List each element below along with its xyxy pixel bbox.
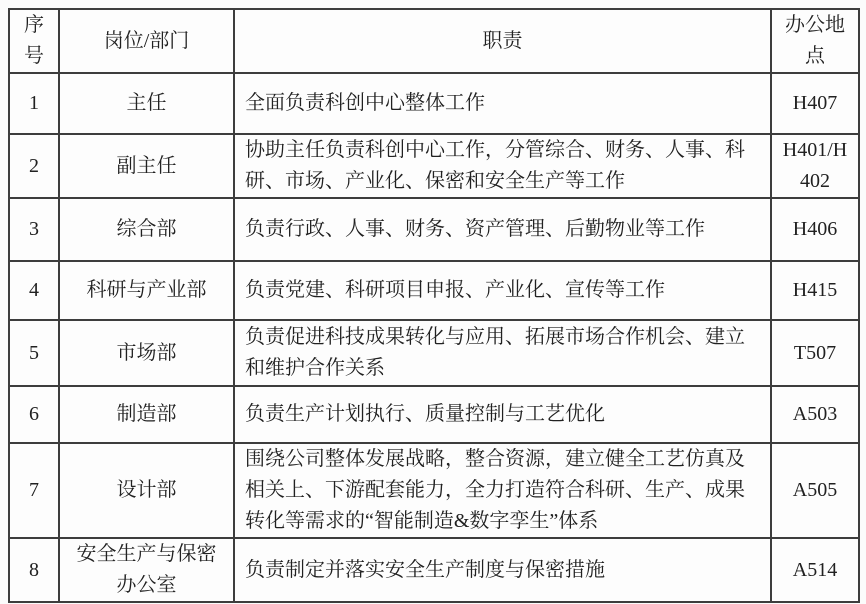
cell-office-location: H415 <box>771 261 859 320</box>
cell-serial-number: 4 <box>9 261 59 320</box>
table-row: 7 设计部 围绕公司整体发展战略，整合资源，建立健全工艺仿真及相关上、下游配套能… <box>9 443 859 538</box>
header-serial-number: 序号 <box>9 9 59 73</box>
cell-office-location: A505 <box>771 443 859 538</box>
cell-serial-number: 2 <box>9 134 59 198</box>
table-body: 1 主任 全面负责科创中心整体工作 H407 2 副主任 协助主任负责科创中心工… <box>9 73 859 602</box>
header-row: 序号 岗位/部门 职责 办公地点 <box>9 9 859 73</box>
cell-serial-number: 5 <box>9 320 59 386</box>
cell-office-location: T507 <box>771 320 859 386</box>
cell-responsibility: 围绕公司整体发展战略，整合资源，建立健全工艺仿真及相关上、下游配套能力，全力打造… <box>234 443 771 538</box>
table-row: 5 市场部 负责促进科技成果转化与应用、拓展市场合作机会、建立和维护合作关系 T… <box>9 320 859 386</box>
cell-responsibility: 负责党建、科研项目申报、产业化、宣传等工作 <box>234 261 771 320</box>
cell-office-location: H401/H402 <box>771 134 859 198</box>
cell-office-location: H407 <box>771 73 859 134</box>
header-office-location: 办公地点 <box>771 9 859 73</box>
cell-responsibility: 负责制定并落实安全生产制度与保密措施 <box>234 538 771 602</box>
cell-responsibility: 负责行政、人事、财务、资产管理、后勤物业等工作 <box>234 198 771 261</box>
cell-position-dept: 副主任 <box>59 134 234 198</box>
cell-serial-number: 6 <box>9 386 59 443</box>
table-row: 1 主任 全面负责科创中心整体工作 H407 <box>9 73 859 134</box>
cell-responsibility: 协助主任负责科创中心工作，分管综合、财务、人事、科研、市场、产业化、保密和安全生… <box>234 134 771 198</box>
cell-serial-number: 1 <box>9 73 59 134</box>
table-row: 6 制造部 负责生产计划执行、质量控制与工艺优化 A503 <box>9 386 859 443</box>
cell-position-dept: 设计部 <box>59 443 234 538</box>
cell-position-dept: 市场部 <box>59 320 234 386</box>
cell-responsibility: 全面负责科创中心整体工作 <box>234 73 771 134</box>
cell-position-dept: 科研与产业部 <box>59 261 234 320</box>
org-duty-table: 序号 岗位/部门 职责 办公地点 1 主任 全面负责科创中心整体工作 H407 … <box>8 8 860 603</box>
table-row: 8 安全生产与保密办公室 负责制定并落实安全生产制度与保密措施 A514 <box>9 538 859 602</box>
cell-position-dept: 安全生产与保密办公室 <box>59 538 234 602</box>
header-responsibility: 职责 <box>234 9 771 73</box>
cell-position-dept: 综合部 <box>59 198 234 261</box>
cell-position-dept: 制造部 <box>59 386 234 443</box>
cell-serial-number: 7 <box>9 443 59 538</box>
cell-office-location: A503 <box>771 386 859 443</box>
header-position-dept: 岗位/部门 <box>59 9 234 73</box>
cell-office-location: A514 <box>771 538 859 602</box>
cell-responsibility: 负责促进科技成果转化与应用、拓展市场合作机会、建立和维护合作关系 <box>234 320 771 386</box>
table-row: 4 科研与产业部 负责党建、科研项目申报、产业化、宣传等工作 H415 <box>9 261 859 320</box>
document-page: 序号 岗位/部门 职责 办公地点 1 主任 全面负责科创中心整体工作 H407 … <box>0 0 866 603</box>
table-row: 2 副主任 协助主任负责科创中心工作，分管综合、财务、人事、科研、市场、产业化、… <box>9 134 859 198</box>
table-row: 3 综合部 负责行政、人事、财务、资产管理、后勤物业等工作 H406 <box>9 198 859 261</box>
cell-office-location: H406 <box>771 198 859 261</box>
cell-serial-number: 3 <box>9 198 59 261</box>
cell-responsibility: 负责生产计划执行、质量控制与工艺优化 <box>234 386 771 443</box>
table-header: 序号 岗位/部门 职责 办公地点 <box>9 9 859 73</box>
cell-serial-number: 8 <box>9 538 59 602</box>
cell-position-dept: 主任 <box>59 73 234 134</box>
